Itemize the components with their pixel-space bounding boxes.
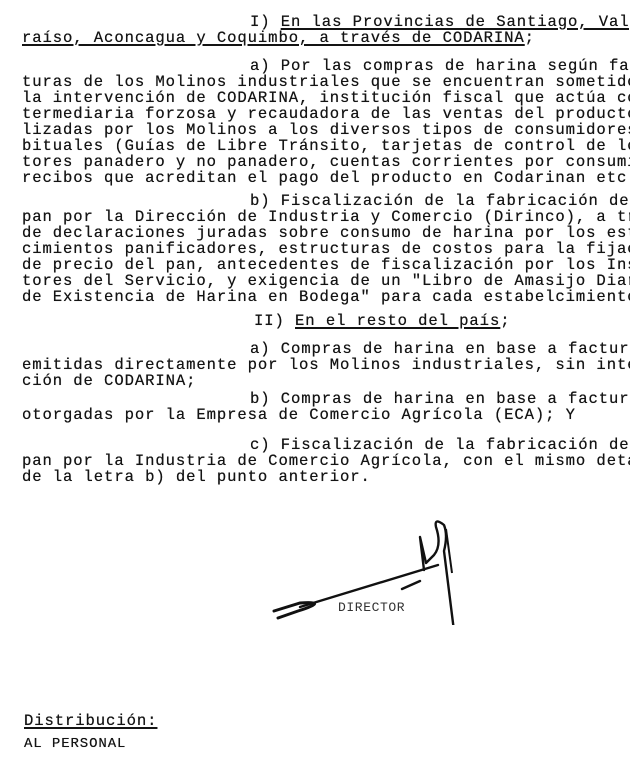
- section-i-item-a-line-1: turas de los Molinos industriales que se…: [22, 74, 630, 90]
- section-ii-item-a-line-0: a) Compras de harina en base a facturas: [250, 341, 630, 357]
- section-i-item-b-line-6: de Existencia de Harina en Bodega" para …: [22, 289, 630, 305]
- section-ii-item-b-line-0: b) Compras de harina en base a facturas: [250, 391, 630, 407]
- section-ii-item-a-line-1: emitidas directamente por los Molinos in…: [22, 357, 630, 373]
- section-i-item-a-line-5: bituales (Guías de Libre Tránsito, tarje…: [22, 138, 630, 154]
- section-i-item-b-line-2: de declaraciones juradas sobre consumo d…: [22, 225, 630, 241]
- distribution-recipient: AL PERSONAL: [24, 736, 126, 752]
- section-i-item-b-line-5: tores del Servicio, y exigencia de un "L…: [22, 273, 630, 289]
- section-i-item-a-line-4: lizadas por los Molinos a los diversos t…: [22, 122, 630, 138]
- section-i-heading-text-2: raíso, Aconcagua y Coquimbo, a través de…: [22, 29, 525, 47]
- section-i-item-a-line-0: a) Por las compras de harina según fac-: [250, 58, 630, 74]
- section-i-item-a-line-2: la intervención de CODARINA, institución…: [22, 90, 630, 106]
- section-ii-item-a-line-2: ción de CODARINA;: [22, 373, 196, 389]
- signature-title: DIRECTOR: [338, 600, 405, 615]
- distribution-label: Distribución:: [24, 713, 157, 729]
- section-ii-item-c-line-2: de la letra b) del punto anterior.: [22, 469, 371, 485]
- section-i-item-b-line-0: b) Fiscalización de la fabricación del: [250, 193, 630, 209]
- section-ii-number: II): [254, 312, 285, 330]
- section-ii-item-c-line-0: c) Fiscalización de la fabricación del: [250, 437, 630, 453]
- section-i-item-b-line-4: de precio del pan, antecedentes de fisca…: [22, 257, 630, 273]
- section-i-item-a-line-3: termediaria forzosa y recaudadora de las…: [22, 106, 630, 122]
- section-ii-heading: II) En el resto del país;: [254, 313, 510, 329]
- section-i-item-a-line-7: recibos que acreditan el pago del produc…: [22, 170, 630, 186]
- document-page: I) En las Provincias de Santiago, Valpa-…: [0, 0, 630, 774]
- section-i-item-a-line-6: tores panadero y no panadero, cuentas co…: [22, 154, 630, 170]
- section-ii-heading-text: En el resto del país: [295, 312, 500, 330]
- section-ii-item-b-line-1: otorgadas por la Empresa de Comercio Agr…: [22, 407, 576, 423]
- section-ii-item-c-line-1: pan por la Industria de Comercio Agrícol…: [22, 453, 630, 469]
- section-i-heading-line-2: raíso, Aconcagua y Coquimbo, a través de…: [22, 30, 535, 46]
- section-i-item-b-line-1: pan por la Dirección de Industria y Come…: [22, 209, 630, 225]
- section-i-heading-line-1: I) En las Provincias de Santiago, Valpa-: [250, 14, 630, 30]
- section-i-item-b-line-3: cimientos panificadores, estructuras de …: [22, 241, 630, 257]
